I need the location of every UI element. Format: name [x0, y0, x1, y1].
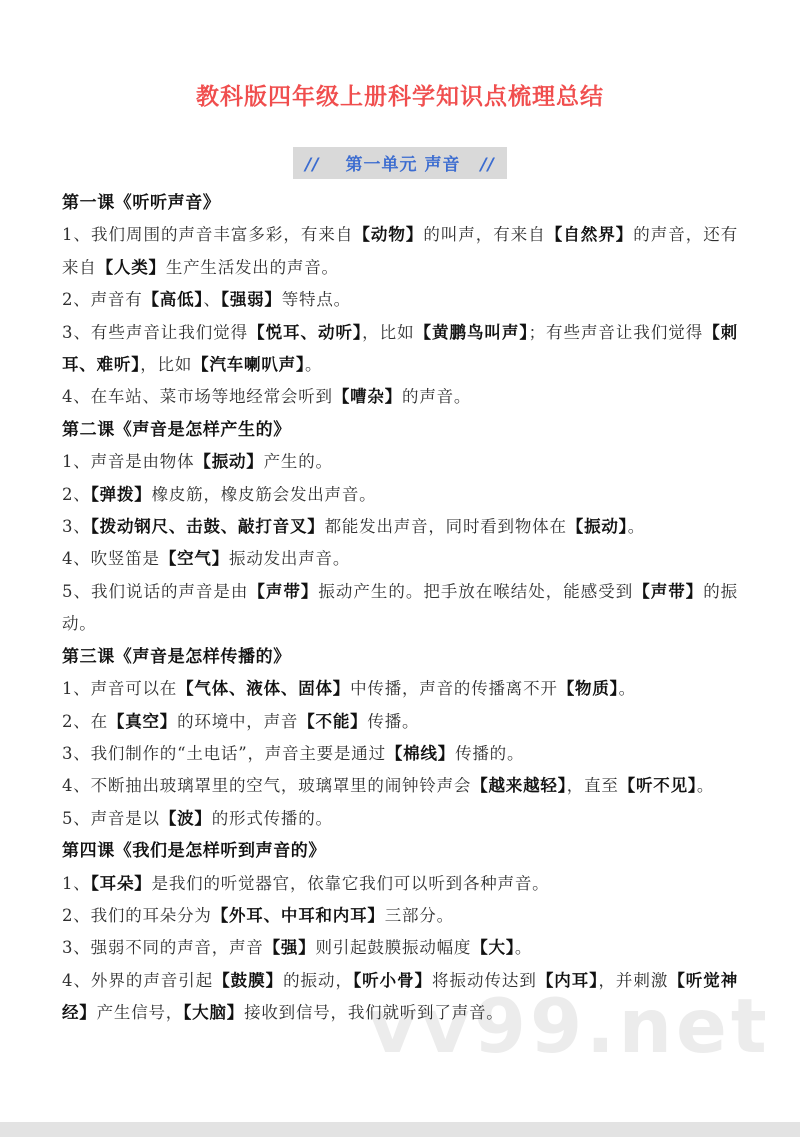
- key-term: 【波】: [160, 809, 212, 828]
- knowledge-point: 4、外界的声音引起【鼓膜】的振动，【听小骨】将振动传达到【内耳】，并刺激【听觉神…: [62, 965, 738, 1030]
- knowledge-point: 2、我们的耳朵分为【外耳、中耳和内耳】三部分。: [62, 900, 738, 932]
- key-term: 【动物】: [353, 225, 423, 244]
- lesson-section: 第三课《声音是怎样传播的》1、声音可以在【气体、液体、固体】中传播，声音的传播离…: [62, 641, 738, 835]
- key-term: 【耳朵】: [91, 874, 152, 893]
- lessons-container: 第一课《听听声音》1、我们周围的声音丰富多彩，有来自【动物】的叫声，有来自【自然…: [0, 187, 800, 1030]
- knowledge-point: 2、【弹拨】橡皮筋，橡皮筋会发出声音。: [62, 479, 738, 511]
- knowledge-point: 3、【拨动钢尺、击鼓、敲打音叉】都能发出声音，同时看到物体在【振动】。: [62, 511, 738, 543]
- key-term: 【振动】: [567, 517, 628, 536]
- key-term: 【强】: [264, 938, 316, 957]
- knowledge-point: 1、声音可以在【气体、液体、固体】中传播，声音的传播离不开【物质】。: [62, 673, 738, 705]
- knowledge-point: 5、声音是以【波】的形式传播的。: [62, 803, 738, 835]
- knowledge-point: 4、在车站、菜市场等地经常会听到【嘈杂】的声音。: [62, 381, 738, 413]
- key-term: 【悦耳、动听】: [248, 323, 362, 342]
- knowledge-point: 3、强弱不同的声音，声音【强】则引起鼓膜振动幅度【大】。: [62, 932, 738, 964]
- page-bottom-edge: [0, 1122, 800, 1137]
- lesson-section: 第一课《听听声音》1、我们周围的声音丰富多彩，有来自【动物】的叫声，有来自【自然…: [62, 187, 738, 414]
- key-term: 【空气】: [160, 549, 229, 568]
- key-term: 【自然界】: [546, 225, 633, 244]
- lesson-heading: 第三课《声音是怎样传播的》: [62, 641, 738, 673]
- key-term: 【黄鹏鸟叫声】: [415, 323, 529, 342]
- unit-slash-left-icon: //: [305, 155, 319, 175]
- lesson-heading: 第四课《我们是怎样听到声音的》: [62, 835, 738, 867]
- key-term: 【拨动钢尺、击鼓、敲打音叉】: [91, 517, 325, 536]
- key-term: 【汽车喇叭声】: [192, 355, 305, 374]
- knowledge-point: 2、在【真空】的环境中，声音【不能】传播。: [62, 706, 738, 738]
- key-term: 【棉线】: [386, 744, 455, 763]
- key-term: 【声带】: [248, 582, 318, 601]
- key-term: 【真空】: [108, 712, 177, 731]
- key-term: 【强弱】: [221, 290, 282, 309]
- document-page: 教科版四年级上册科学知识点梳理总结 //第一单元 声音// 第一课《听听声音》1…: [0, 0, 800, 1137]
- knowledge-point: 2、声音有【高低】、【强弱】等特点。: [62, 284, 738, 316]
- key-term: 【不能】: [298, 712, 367, 731]
- knowledge-point: 4、不断抽出玻璃罩里的空气，玻璃罩里的闹钟铃声会【越来越轻】，直至【听不见】。: [62, 770, 738, 802]
- knowledge-point: 4、吹竖笛是【空气】振动发出声音。: [62, 543, 738, 575]
- key-term: 【大脑】: [183, 1003, 244, 1022]
- key-term: 【弹拨】: [91, 485, 152, 504]
- knowledge-point: 3、我们制作的“土电话”，声音主要是通过【棉线】传播的。: [62, 738, 738, 770]
- knowledge-point: 1、声音是由物体【振动】产生的。: [62, 446, 738, 478]
- key-term: 【声带】: [633, 582, 703, 601]
- unit-header-row: //第一单元 声音//: [0, 147, 800, 179]
- key-term: 【大】: [471, 938, 515, 957]
- key-term: 【听小骨】: [353, 971, 432, 990]
- key-term: 【内耳】: [537, 971, 599, 990]
- unit-header: //第一单元 声音//: [293, 147, 507, 179]
- knowledge-point: 5、我们说话的声音是由【声带】振动产生的。把手放在喉结处，能感受到【声带】的振动…: [62, 576, 738, 641]
- page-title: 教科版四年级上册科学知识点梳理总结: [0, 0, 800, 111]
- key-term: 【外耳、中耳和内耳】: [212, 906, 385, 925]
- knowledge-point: 3、有些声音让我们觉得【悦耳、动听】，比如【黄鹏鸟叫声】；有些声音让我们觉得【刺…: [62, 317, 738, 382]
- key-term: 【振动】: [194, 452, 263, 471]
- key-term: 【鼓膜】: [213, 971, 283, 990]
- lesson-section: 第二课《声音是怎样产生的》1、声音是由物体【振动】产生的。2、【弹拨】橡皮筋，橡…: [62, 414, 738, 641]
- key-term: 【刺耳、难听】: [62, 323, 738, 374]
- unit-header-label: 第一单元 声音: [346, 155, 461, 175]
- lesson-heading: 第一课《听听声音》: [62, 187, 738, 219]
- key-term: 【嘈杂】: [333, 387, 402, 406]
- unit-slash-right-icon: //: [480, 155, 494, 175]
- knowledge-point: 1、【耳朵】是我们的听觉器官，依靠它我们可以听到各种声音。: [62, 868, 738, 900]
- key-term: 【高低】: [143, 290, 204, 309]
- lesson-heading: 第二课《声音是怎样产生的》: [62, 414, 738, 446]
- lesson-section: 第四课《我们是怎样听到声音的》1、【耳朵】是我们的听觉器官，依靠它我们可以听到各…: [62, 835, 738, 1029]
- key-term: 【人类】: [97, 258, 166, 277]
- key-term: 【听不见】: [619, 776, 697, 795]
- key-term: 【越来越轻】: [471, 776, 567, 795]
- knowledge-point: 1、我们周围的声音丰富多彩，有来自【动物】的叫声，有来自【自然界】的声音，还有来…: [62, 219, 738, 284]
- key-term: 【气体、液体、固体】: [177, 679, 350, 698]
- key-term: 【物质】: [558, 679, 619, 698]
